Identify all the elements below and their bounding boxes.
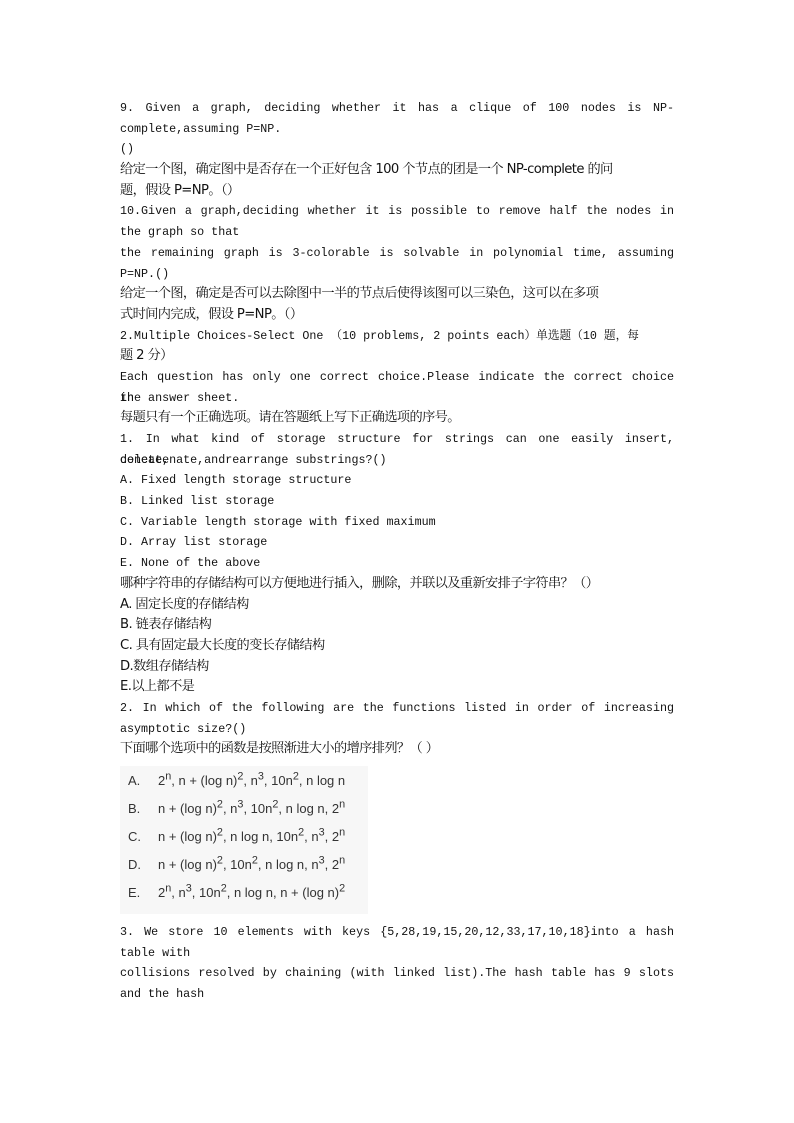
question-10-en-line-3: the remaining graph is 3-colorable is so… <box>120 243 674 264</box>
mc-question-1-en-line-2: concatenate,andrearrange substrings?() <box>120 450 674 471</box>
mc-question-1-option-c: C. Variable length storage with fixed ma… <box>120 512 674 533</box>
mc-question-1: 1. In what kind of storage structure for… <box>120 429 674 698</box>
mc-question-3-en-line-4: and the hash <box>120 984 674 1005</box>
mc-question-3-en-line-3: collisions resolved by chaining (with li… <box>120 963 674 984</box>
figure-option-e: E.2n, n3, 10n2, n log n, n + (log n)2 <box>128 883 345 900</box>
section-2-heading-line-1: 2.Multiple Choices-Select One （10 proble… <box>120 326 674 347</box>
section-2-instructions-zh: 每题只有一个正确选项。请在答题纸上写下正确选项的序号。 <box>120 408 674 429</box>
mc-question-1-zh-option-b: B. 链表存储结构 <box>120 615 674 636</box>
figure-option-c: C.n + (log n)2, n log n, 10n2, n3, 2n <box>128 827 345 844</box>
question-9-zh-line-2: 题，假设 P=NP。（） <box>120 181 674 202</box>
mc-question-3-en-line-2: table with <box>120 943 674 964</box>
mc-question-2-en-line-2: asymptotic size?() <box>120 719 674 740</box>
figure-option-b-text: n + (log n)2, n3, 10n2, n log n, 2n <box>158 801 345 816</box>
figure-option-a: A.2n, n + (log n)2, n3, 10n2, n log n <box>128 771 345 788</box>
section-2-instructions-en-line-1: Each question has only one correct choic… <box>120 367 674 388</box>
figure-option-b-label: B. <box>128 801 158 816</box>
mc-question-1-option-b: B. Linked list storage <box>120 491 674 512</box>
figure-option-a-text: 2n, n + (log n)2, n3, 10n2, n log n <box>158 773 345 788</box>
mc-question-2-zh-question: 下面哪个选项中的函数是按照渐进大小的增序排列？（ ） <box>120 739 674 760</box>
mc-question-3: 3. We store 10 elements with keys {5,28,… <box>120 922 674 1005</box>
figure-option-b: B.n + (log n)2, n3, 10n2, n log n, 2n <box>128 799 345 816</box>
section-2-heading-line-2: 题 2 分） <box>120 346 674 367</box>
figure-option-a-label: A. <box>128 773 158 788</box>
mc-question-3-en-line-1: 3. We store 10 elements with keys {5,28,… <box>120 922 674 943</box>
question-10-zh-line-2: 式时间内完成，假设 P=NP。（） <box>120 305 674 326</box>
mc-question-1-zh-question: 哪种字符串的存储结构可以方便地进行插入，删除，并联以及重新安排子字符串？（） <box>120 574 674 595</box>
section-2-instructions-en-line-2: the answer sheet. <box>120 388 674 409</box>
mc-question-2: 2. In which of the following are the fun… <box>120 698 674 914</box>
mc-question-1-en-line-1: 1. In what kind of storage structure for… <box>120 429 674 450</box>
mc-question-1-zh-option-e: E.以上都不是 <box>120 677 674 698</box>
section-2-heading: 2.Multiple Choices-Select One （10 proble… <box>120 326 674 429</box>
figure-option-d-label: D. <box>128 857 158 872</box>
document-page: 9. Given a graph, deciding whether it ha… <box>120 98 674 1005</box>
question-9-en-line-1: 9. Given a graph, deciding whether it ha… <box>120 98 674 119</box>
mc-question-2-en-line-1: 2. In which of the following are the fun… <box>120 698 674 719</box>
question-10-en-line-4: P=NP.() <box>120 264 674 285</box>
figure-option-d-text: n + (log n)2, 10n2, n log n, n3, 2n <box>158 857 345 872</box>
mc-question-1-option-d: D. Array list storage <box>120 532 674 553</box>
mc-question-1-option-e: E. None of the above <box>120 553 674 574</box>
question-10-en-line-1: 10.Given a graph,deciding whether it is … <box>120 201 674 222</box>
question-9-zh-line-1: 给定一个图，确定图中是否存在一个正好包含 100 个节点的团是一个 NP-com… <box>120 160 674 181</box>
figure-option-e-label: E. <box>128 885 158 900</box>
mc-question-1-zh-option-c: C. 具有固定最大长度的变长存储结构 <box>120 636 674 657</box>
question-9-en-line-2: complete,assuming P=NP. <box>120 119 674 140</box>
figure-option-d: D.n + (log n)2, 10n2, n log n, n3, 2n <box>128 855 345 872</box>
mc-question-1-zh-option-d: D.数组存储结构 <box>120 657 674 678</box>
question-9: 9. Given a graph, deciding whether it ha… <box>120 98 674 201</box>
figure-option-e-text: 2n, n3, 10n2, n log n, n + (log n)2 <box>158 885 345 900</box>
mc-question-2-options-figure: A.2n, n + (log n)2, n3, 10n2, n log n B.… <box>120 766 368 914</box>
figure-option-c-text: n + (log n)2, n log n, 10n2, n3, 2n <box>158 829 345 844</box>
mc-question-1-zh-option-a: A. 固定长度的存储结构 <box>120 595 674 616</box>
question-10-en-line-2: the graph so that <box>120 222 674 243</box>
mc-question-1-option-a: A. Fixed length storage structure <box>120 470 674 491</box>
question-9-en-line-3: () <box>120 139 674 160</box>
figure-option-c-label: C. <box>128 829 158 844</box>
question-10-zh-line-1: 给定一个图，确定是否可以去除图中一半的节点后使得该图可以三染色，这可以在多项 <box>120 284 674 305</box>
question-10: 10.Given a graph,deciding whether it is … <box>120 201 674 325</box>
